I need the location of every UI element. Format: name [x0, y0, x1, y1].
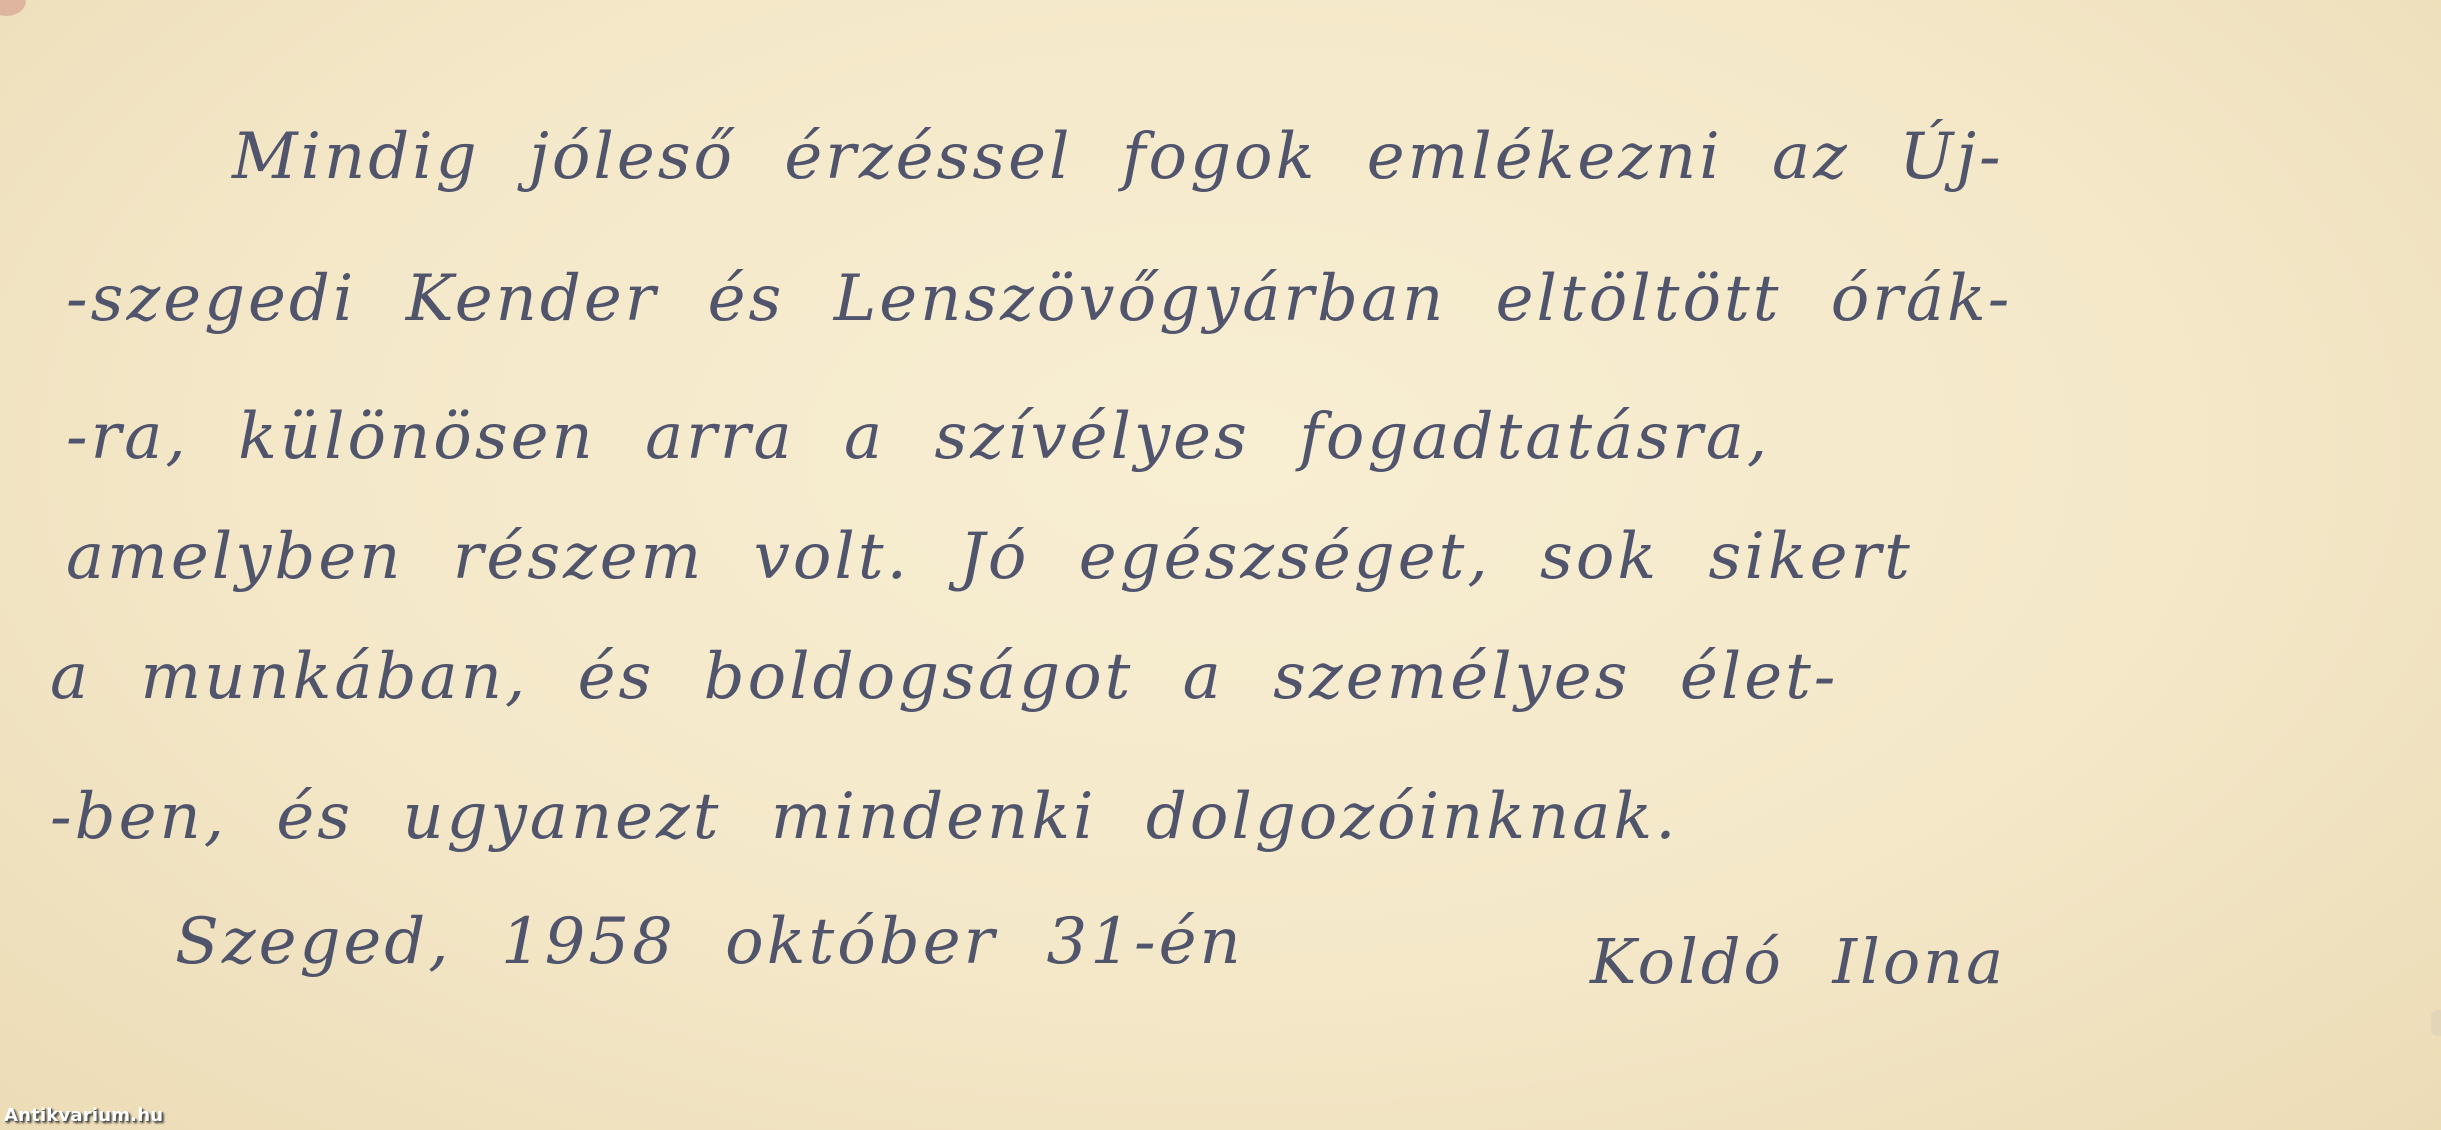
document-page: Mindig jóleső érzéssel fogok emlékezni a… — [0, 0, 2441, 1130]
handwritten-line-2: -szegedi Kender és Lenszövőgyárban eltöl… — [66, 262, 2012, 336]
corner-stain — [0, 0, 26, 16]
watermark-logo: Antikvarium.hu — [4, 1105, 163, 1126]
handwritten-line-3: -ra, különösen arra a szívélyes fogadtat… — [66, 400, 1770, 474]
paper-edge-nick — [2431, 1010, 2441, 1036]
handwritten-line-1: Mindig jóleső érzéssel fogok emlékezni a… — [232, 120, 2004, 194]
handwritten-line-5: a munkában, és boldogságot a személyes é… — [50, 640, 1838, 714]
handwritten-line-4: amelyben részem volt. Jó egészséget, sok… — [66, 520, 1913, 594]
signature: Koldó Ilona — [1590, 925, 2006, 998]
handwritten-line-6: -ben, és ugyanezt mindenki dolgozóinknak… — [50, 780, 1679, 854]
place-and-date: Szeged, 1958 október 31-én — [175, 905, 1244, 979]
